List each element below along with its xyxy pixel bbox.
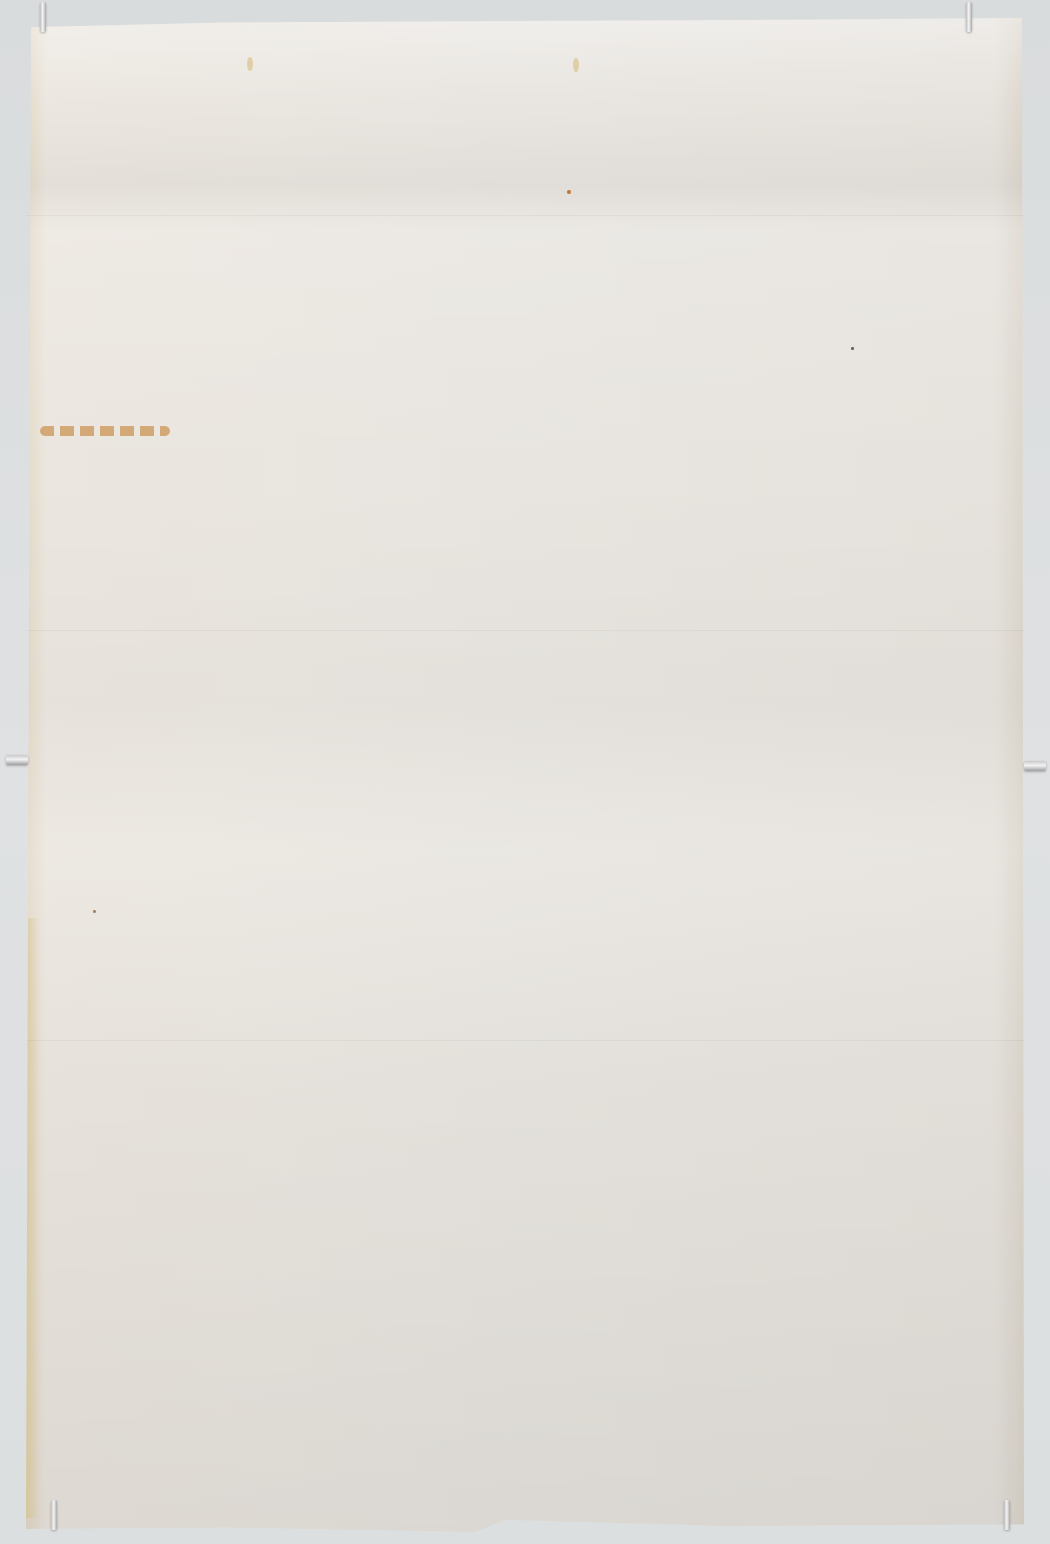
stain-dot: [93, 910, 96, 913]
clip-top-right: [966, 2, 972, 32]
tape-residue: [573, 58, 579, 72]
stain-dot: [851, 347, 854, 350]
clip-middle-left: [6, 755, 28, 765]
stain-dot: [567, 190, 571, 194]
fold-line: [26, 630, 1024, 631]
clip-bottom-right: [1004, 1500, 1010, 1530]
fold-line: [26, 1040, 1024, 1041]
clip-top-left: [40, 2, 46, 32]
clip-bottom-left: [51, 1500, 57, 1530]
edge-discoloration: [26, 918, 40, 1518]
stain-streak: [40, 426, 170, 436]
clip-middle-right: [1024, 761, 1046, 771]
poster-back-paper: [26, 18, 1024, 1532]
tape-residue: [247, 57, 253, 71]
fold-line: [26, 215, 1024, 216]
